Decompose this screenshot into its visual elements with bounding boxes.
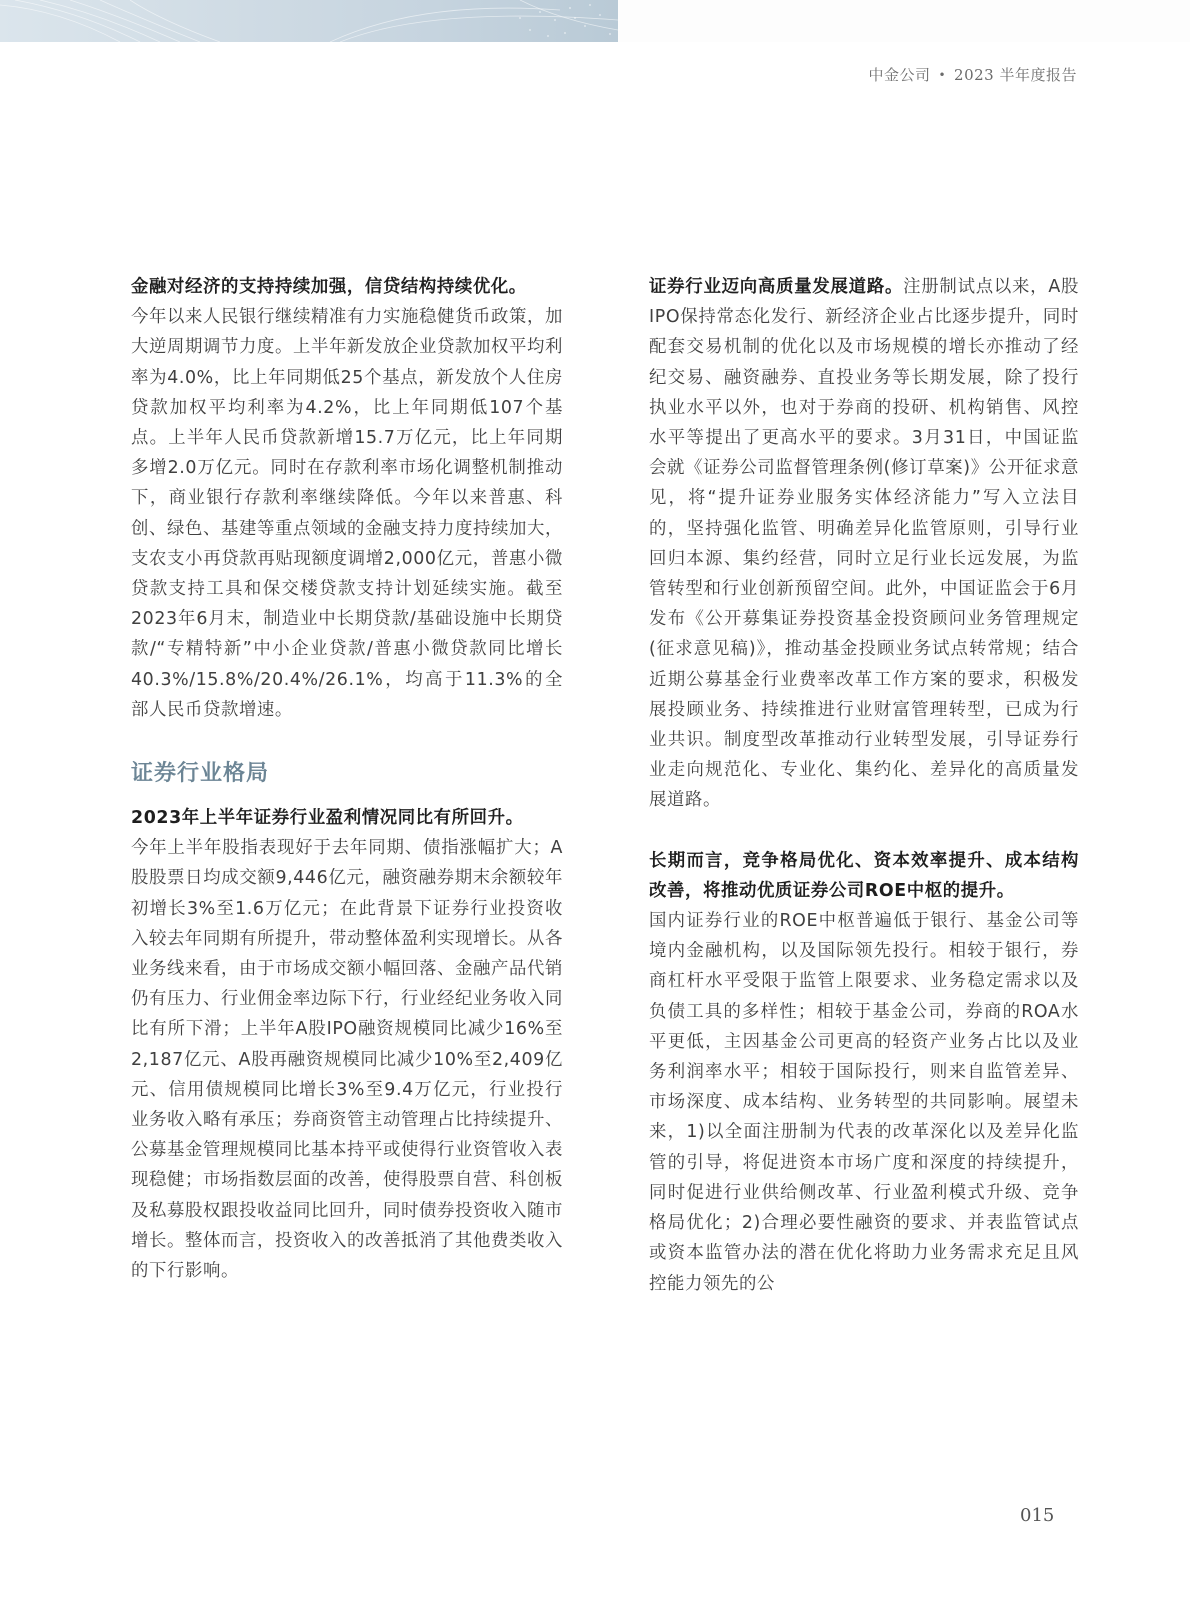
header-banner-blank <box>618 0 1190 42</box>
paragraph-body: 今年上半年股指表现好于去年同期、债指涨幅扩大；A股股票日均成交额9,446亿元，… <box>131 838 563 1281</box>
company-name: 中金公司 <box>868 66 930 84</box>
page-number: 015 <box>1020 1505 1054 1526</box>
bullet-separator-icon: • <box>938 68 946 82</box>
paragraph-body: 注册制试点以来，A股IPO保持常态化发行、新经济企业占比逐步提升，同时配套交易机… <box>649 277 1079 810</box>
paragraph-body: 国内证券行业的ROE中枢普遍低于银行、基金公司等境内金融机构，以及国际领先投行。… <box>649 911 1079 1293</box>
paragraph-lead: 金融对经济的支持持续加强，信贷结构持续优化。 <box>131 277 527 297</box>
report-title: 2023 半年度报告 <box>954 66 1077 84</box>
header-banner-image <box>0 0 618 42</box>
running-header: 中金公司•2023 半年度报告 <box>868 64 1077 85</box>
paragraph-industry-profit: 2023年上半年证券行业盈利情况同比有所回升。 今年上半年股指表现好于去年同期、… <box>131 803 563 1286</box>
paragraph-high-quality-development: 证券行业迈向高质量发展道路。注册制试点以来，A股IPO保持常态化发行、新经济企业… <box>649 272 1079 816</box>
paragraph-credit-structure: 金融对经济的支持持续加强，信贷结构持续优化。 今年以来人民银行继续精准有力实施稳… <box>131 272 563 725</box>
abstract-wave-decoration-icon <box>0 0 618 42</box>
right-column: 证券行业迈向高质量发展道路。注册制试点以来，A股IPO保持常态化发行、新经济企业… <box>649 272 1079 1299</box>
paragraph-lead: 证券行业迈向高质量发展道路。 <box>649 277 903 297</box>
section-title: 证券行业格局 <box>131 759 563 789</box>
paragraph-body: 今年以来人民银行继续精准有力实施稳健货币政策，加大逆周期调节力度。上半年新发放企… <box>131 307 563 720</box>
paragraph-lead: 2023年上半年证券行业盈利情况同比有所回升。 <box>131 808 524 828</box>
paragraph-roe-outlook: 长期而言，竞争格局优化、资本效率提升、成本结构改善，将推动优质证券公司ROE中枢… <box>649 846 1079 1299</box>
paragraph-lead: 长期而言，竞争格局优化、资本效率提升、成本结构改善，将推动优质证券公司ROE中枢… <box>649 851 1079 901</box>
left-column: 金融对经济的支持持续加强，信贷结构持续优化。 今年以来人民银行继续精准有力实施稳… <box>131 272 563 1286</box>
